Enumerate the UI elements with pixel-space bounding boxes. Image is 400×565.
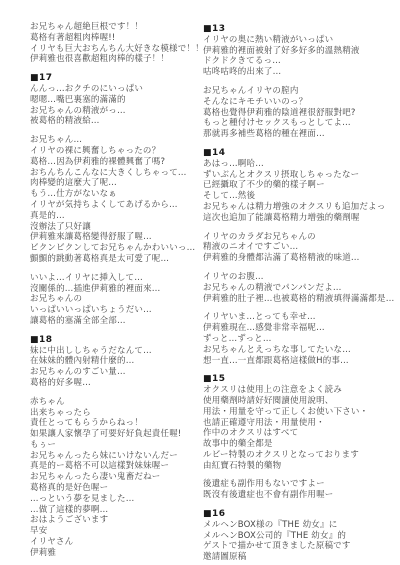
text-line: もぅー	[30, 440, 202, 451]
text-line: 葛格…因為伊莉雅的裸體興奮了嗎?	[30, 157, 202, 168]
text-line: もう…仕方がないなぁ	[30, 189, 202, 200]
text-line: 嗯嗯…嘴巴裏塞的滿滿的	[30, 95, 202, 106]
text-line: 伊莉雅也很喜歡超粗肉棒的樣子！！	[30, 54, 202, 65]
text-line: おちんちんこんなに大きくしちゃって…	[30, 168, 202, 179]
text-line: メルヘンBOX公司的『THE 幼女』的	[203, 531, 397, 542]
text-line: 沒關係的…插進伊莉雅的裡面來…	[30, 284, 202, 295]
text-line: イリヤさん	[30, 537, 202, 548]
section-marker: ■13	[203, 24, 397, 35]
text-line: お兄ちゃんったら凄い鬼畜だねー	[30, 472, 202, 483]
text-line: 伊莉雅現在…感覺非常幸福呢…	[203, 323, 397, 334]
script-column-left: お兄ちゃん超絶巨根です！！葛格有著超粗肉棒喔!!イリヤも巨大おちんちん大好きな模…	[30, 22, 202, 565]
text-line: 葛格有著超粗肉棒喔!!	[30, 33, 202, 44]
text-line: 伊莉雅來讓葛格變得舒服了喔…	[30, 232, 202, 243]
text-line: 妹に中出ししちゃうだなんて…	[30, 346, 202, 357]
text-line: 那就再多補些葛格的種在裡面…	[203, 129, 397, 140]
text-line: イリヤの奥に熱い精液がいっぱい	[203, 35, 397, 46]
text-line: メルヘンBOX様の『THE 幼女』に	[203, 520, 397, 531]
text-line: 作中のオクスリはすべて	[203, 428, 397, 439]
scanned-script-page: お兄ちゃん超絶巨根です！！葛格有著超粗肉棒喔!!イリヤも巨大おちんちん大好きな模…	[0, 0, 400, 565]
text-block: お兄ちゃんイリヤの膣内そんなにキモチいいのっ？葛格也覺得伊莉雅的陰道裡很舒服對吧…	[203, 86, 397, 140]
text-block: ■16メルヘンBOX様の『THE 幼女』にメルヘンBOX公司的『THE 幼女』的…	[203, 509, 397, 563]
text-line: 咕咚咕咚的出來了…	[203, 67, 397, 78]
text-line: …っという夢を見ました…	[30, 494, 202, 505]
text-line: ビクンビクンしてお兄ちゃんかわいいっ…	[30, 243, 202, 254]
text-block: イリヤのカラダお兄ちゃんの精液のニオイですごい…伊莉雅的身體都沾滿了葛格精液的味…	[203, 232, 397, 264]
text-line: 故事中的藥全都是	[203, 439, 397, 450]
text-line: 赤ちゃん	[30, 397, 202, 408]
text-line: 被葛格的精液給…	[30, 116, 202, 127]
text-line: …做了這樣的夢啊…	[30, 505, 202, 516]
text-line: ずっと…ずっと…	[203, 334, 397, 345]
text-line: 也請正確遵守用法・用量使用・	[203, 418, 397, 429]
text-line: 在妹妹的體內射精什麼的…	[30, 356, 202, 367]
text-line: 伊莉雅的肚子裡…也被葛格的精液填得滿滿都是…	[203, 294, 397, 305]
text-line: ドクドクきてるっ…	[203, 56, 397, 67]
text-block: ■13イリヤの奥に熱い精液がいっぱい伊莉雅的裡面被射了好多好多的溫熱精液ドクドク…	[203, 24, 397, 78]
text-line: ずいぶんとオクスリ摂取しちゃったなー	[203, 170, 397, 181]
section-marker: ■18	[30, 335, 202, 346]
text-line: 出来ちゃったら	[30, 408, 202, 419]
text-line: 肉棒變的這麼大了呢…	[30, 178, 202, 189]
text-block: ■14あはっ…啊哈…ずいぶんとオクスリ摂取しちゃったなー已經攝取了不少的藥的樣子…	[203, 148, 397, 224]
text-line: 如果讓人家懷孕了可要好好負起責任喔!	[30, 429, 202, 440]
text-line: イリヤの裸に興奮しちゃったの？	[30, 146, 202, 157]
text-line: お兄ちゃんイリヤの膣内	[203, 86, 397, 97]
script-column-right: ■13イリヤの奥に熱い精液がいっぱい伊莉雅的裡面被射了好多好多的溫熱精液ドクドク…	[203, 24, 397, 565]
text-line: ゲストで描かせて頂きました原稿です	[203, 541, 397, 552]
text-block: イリヤのお腹…お兄ちゃんの精液でパンパンだよ…伊莉雅的肚子裡…也被葛格的精液填得…	[203, 272, 397, 304]
text-line: 真是的ー葛格不可以這樣對妹妹喔ー	[30, 461, 202, 472]
text-block: ■17んんっ…おクチのにいっぱい嗯嗯…嘴巴裏塞的滿滿的お兄ちゃんの精液がっ…被葛…	[30, 73, 202, 127]
text-line: 責任とってもらうからねっ！	[30, 418, 202, 429]
text-line: お兄ちゃんの精液がっ…	[30, 106, 202, 117]
text-line: 想一直…一直都跟葛格這樣做H的事…	[203, 356, 397, 367]
text-block: イリヤいま…とっても幸せ…伊莉雅現在…感覺非常幸福呢…ずっと…ずっと…お兄ちゃん…	[203, 312, 397, 366]
text-block: お兄ちゃん超絶巨根です！！葛格有著超粗肉棒喔!!イリヤも巨大おちんちん大好きな模…	[30, 22, 202, 65]
text-line: いっぱいいっぱいちょうだい…	[30, 305, 202, 316]
section-marker: ■16	[203, 509, 397, 520]
text-line: 這次也追加了能讓葛格精力増強的藥劑喔	[203, 213, 397, 224]
section-marker: ■17	[30, 73, 202, 84]
text-line: 顫顫的跳動著葛格真是太可愛了呢…	[30, 254, 202, 265]
text-line: お兄ちゃんの	[30, 294, 202, 305]
text-line: 已經攝取了不少的藥的樣子啊ー	[203, 180, 397, 191]
text-line: お兄ちゃんは精力増強のオクスリも追加だよっ	[203, 202, 397, 213]
text-line: 伊莉雅	[30, 548, 202, 559]
text-line: 早安	[30, 526, 202, 537]
text-line: お兄ちゃんの精液でパンパンだよ…	[203, 283, 397, 294]
text-block: 後遺症も副作用もないですよー既沒有後遺症也不會有副作用喔ー	[203, 479, 397, 501]
text-line: 真是的…	[30, 211, 202, 222]
text-line: そして…然後	[203, 191, 397, 202]
text-block: 赤ちゃん出来ちゃったら責任とってもらうからねっ！如果讓人家懷孕了可要好好負起責任…	[30, 397, 202, 559]
text-line: 邀請圖原稿	[203, 552, 397, 563]
text-line: 用法・用量を守って正しくお使い下さい・	[203, 407, 397, 418]
text-line: お兄ちゃん超絶巨根です！！	[30, 22, 202, 33]
text-line: 沒辦法了只好讓	[30, 222, 202, 233]
text-line: イリヤいま…とっても幸せ…	[203, 312, 397, 323]
text-block: ■18妹に中出ししちゃうだなんて…在妹妹的體內射精什麼的…お兄ちゃんのすごい量……	[30, 335, 202, 389]
text-line: お兄ちゃんのすごい量…	[30, 367, 202, 378]
text-line: おはようございます	[30, 515, 202, 526]
text-line: イリヤのカラダお兄ちゃんの	[203, 232, 397, 243]
text-line: 讓葛格的塞滿全部全部…	[30, 316, 202, 327]
text-line: 既沒有後遺症也不會有副作用喔ー	[203, 490, 397, 501]
text-line: ルビー特製のオクスリとなっております	[203, 450, 397, 461]
text-line: 後遺症も副作用もないですよー	[203, 479, 397, 490]
text-block: ■15オクスリは使用上の注意をよく読み使用藥劑時請好好閱讀使用說明、用法・用量を…	[203, 374, 397, 471]
section-marker: ■15	[203, 374, 397, 385]
text-line: イリヤが気持ちよくしてあげるから…	[30, 200, 202, 211]
text-line: 葛格真的是好色喔ー	[30, 483, 202, 494]
text-line: お兄ちゃんとえっちな事してたいな…	[203, 345, 397, 356]
text-line: もっと種付けセックスもっとしてよ…	[203, 118, 397, 129]
text-line: あはっ…啊哈…	[203, 159, 397, 170]
text-line: イリヤも巨大おちんちん大好きな模様で！！	[30, 44, 202, 55]
section-marker: ■14	[203, 148, 397, 159]
text-line: イリヤのお腹…	[203, 272, 397, 283]
text-line: 使用藥劑時請好好閱讀使用說明、	[203, 396, 397, 407]
text-line: 由紅寶石特製的藥物	[203, 461, 397, 472]
text-line: んんっ…おクチのにいっぱい	[30, 84, 202, 95]
text-line: 伊莉雅的裡面被射了好多好多的溫熱精液	[203, 46, 397, 57]
text-line: お兄ちゃん…	[30, 135, 202, 146]
text-line: 伊莉雅的身體都沾滿了葛格精液的味道…	[203, 253, 397, 264]
text-line: 精液のニオイですごい…	[203, 242, 397, 253]
text-line: 葛格的好多喔…	[30, 378, 202, 389]
text-block: お兄ちゃん…イリヤの裸に興奮しちゃったの？葛格…因為伊莉雅的裸體興奮了嗎?おちん…	[30, 135, 202, 265]
text-block: いいよ…イリヤに挿入して…沒關係的…插進伊莉雅的裡面來…お兄ちゃんのいっぱいいっ…	[30, 273, 202, 327]
text-line: そんなにキモチいいのっ？	[203, 97, 397, 108]
text-line: お兄ちゃんったら妹にいけないんだー	[30, 451, 202, 462]
text-line: 葛格也覺得伊莉雅的陰道裡很舒服對吧?	[203, 108, 397, 119]
text-line: オクスリは使用上の注意をよく読み	[203, 385, 397, 396]
text-line: いいよ…イリヤに挿入して…	[30, 273, 202, 284]
